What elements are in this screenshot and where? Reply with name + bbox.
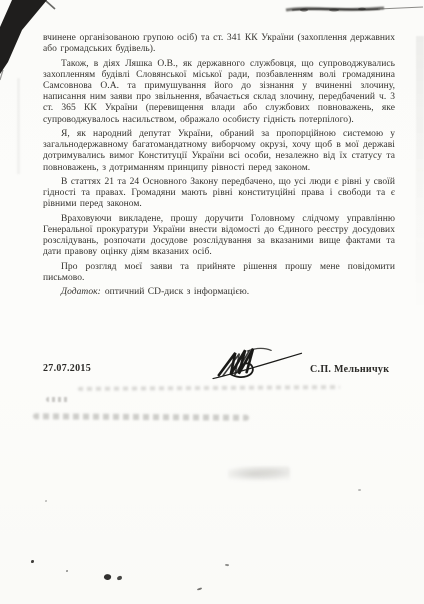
attachment-label: Додаток: bbox=[61, 287, 101, 297]
bleedthrough-text-artifact bbox=[33, 413, 249, 421]
paragraph-continuation: вчинене організованою групою осіб) та ст… bbox=[43, 33, 395, 55]
ink-speck bbox=[225, 564, 229, 567]
ink-speck bbox=[31, 560, 34, 563]
bleedthrough-text-artifact bbox=[78, 385, 340, 391]
signatory-name: С.П. Мельничук bbox=[310, 364, 389, 375]
paragraph-notify-request: Про розгляд моєї заяви та прийняте рішен… bbox=[43, 262, 395, 284]
bleedthrough-text-artifact bbox=[46, 397, 70, 402]
ink-speck bbox=[117, 576, 123, 581]
attachment-line: Додаток:оптичний CD-диск з інформацією. bbox=[43, 287, 395, 298]
scan-edge-shadow bbox=[17, 78, 20, 174]
attachment-text: оптичний CD-диск з інформацією. bbox=[105, 287, 249, 297]
document-body: вчинене організованою групою осіб) та ст… bbox=[43, 33, 395, 302]
paragraph-request: Враховуючи викладене, прошу доручити Гол… bbox=[43, 214, 395, 259]
scan-edge-shadow bbox=[416, 36, 424, 316]
bleedthrough-smudge-artifact bbox=[228, 466, 290, 482]
ink-speck bbox=[45, 500, 47, 502]
document-date: 27.07.2015 bbox=[43, 363, 91, 374]
pen-smudge-artifact bbox=[282, 1, 424, 17]
ink-speck bbox=[103, 573, 112, 581]
paragraph-lyashko-charges: Також, в діях Ляшка О.В., як державного … bbox=[43, 59, 395, 126]
paragraph-constitution-articles: В статтях 21 та 24 Основного Закону пере… bbox=[43, 177, 395, 211]
ink-speck bbox=[197, 587, 202, 590]
ink-speck bbox=[66, 570, 68, 572]
ink-speck bbox=[358, 489, 361, 491]
paragraph-deputy-statement: Я, як народний депутат України, обраний … bbox=[43, 129, 395, 174]
signature-scribble bbox=[208, 342, 318, 382]
scanned-document-page: вчинене організованою групою осіб) та ст… bbox=[0, 0, 424, 604]
